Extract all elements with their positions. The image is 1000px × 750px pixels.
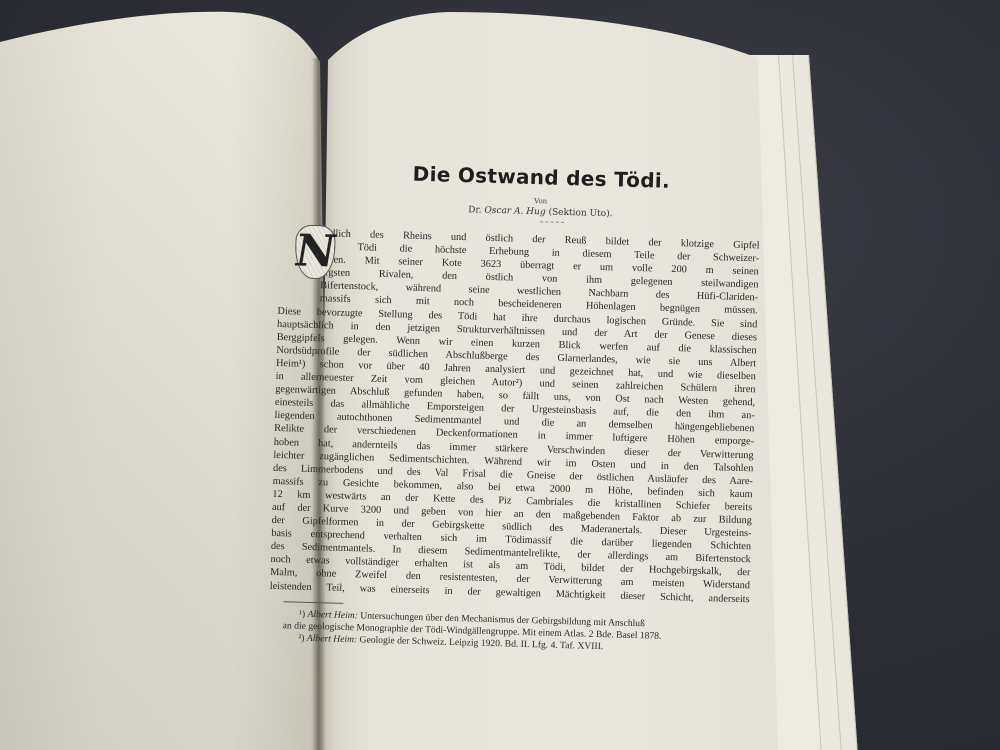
article-title: Die Ostwand des Tödi. <box>321 159 761 195</box>
footnote-marker: ²) <box>298 633 304 644</box>
page-content: Die Ostwand des Tödi. Von Dr. Oscar A. H… <box>268 150 762 657</box>
footnote-author: Albert Heim: <box>307 633 358 645</box>
title-ornament-divider <box>540 221 564 224</box>
footnote-marker: ¹) <box>299 608 305 619</box>
author-section: (Sektion Uto). <box>548 207 612 219</box>
footnote-divider <box>283 601 343 604</box>
author-name: Oscar A. Hug <box>484 206 545 218</box>
author-prefix: Dr. <box>468 205 482 215</box>
ornamental-drop-cap-icon: N <box>294 224 335 279</box>
body-text: N ördlich des Rheins und östlich der Reu… <box>270 226 760 606</box>
footnote-author: Albert Heim: <box>307 609 358 621</box>
